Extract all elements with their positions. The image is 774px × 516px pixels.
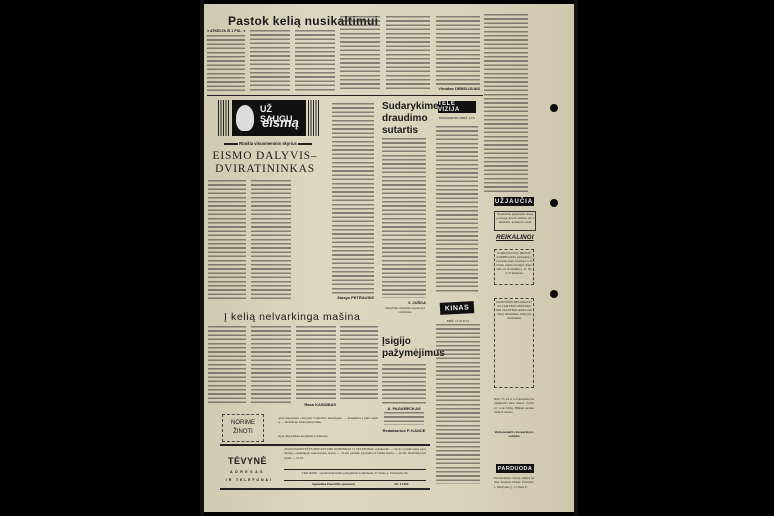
banner-logo-line2: eismą [262,115,299,130]
cyclists-col1 [208,180,246,302]
newspaper-page: Pastok kelią nusikaltimui ● ATKELTA IŠ 1… [204,4,574,512]
traffic-figure-icon [236,105,254,131]
top-article-col6 [436,16,480,86]
tv-day-label: SEKMADIENIS, BIRŽ. 22 D. [438,116,476,120]
masthead-mid-rule [284,469,426,470]
editor-line: Redaktorius P. KANCE [380,428,428,433]
sale-text: Parduodamas dviejų aukštų namas. Kreipti… [494,476,534,492]
masthead-printer: TPAUKMP – spauda Panevėžio poligrafinis … [300,471,410,479]
condolence-logo: UŽJAUČIA [494,197,534,206]
scan-right-edge [574,0,578,516]
masthead-printer-rule [284,480,426,481]
norime-box: NORIME ŽINOTI [222,414,264,442]
license-col [382,364,426,404]
insurance-article-title: Sudarykime draudimo sutartis [382,101,428,137]
masthead-top-rule [220,444,430,446]
cyclists-signature: Stasys PETRAUSIS [332,295,374,300]
insurance-signature: V. JUŠKA [382,300,426,305]
cinema-program [436,324,480,484]
sale-logo: PARDUODA [496,464,534,473]
masthead-phone-label: IR TELEFONAI [226,478,273,482]
punch-hole [550,290,558,298]
top-article-signature: Vitoldas DEBELIS/AIS [436,86,480,91]
masthead-address-label: ADRESAS [230,470,265,474]
insurance-col [382,138,426,298]
car-col4 [340,326,378,401]
banner-subtitle-text: Rūošia visuomeninis skyrius [239,141,297,146]
tv-program [436,126,478,294]
masthead-name: TĖVYNĖ [228,456,267,466]
bottom-right-note: Vadovaujantis kooperatyvo valdyba [494,430,534,438]
reader-note: „Kas nepasiekia „Tėvynės" laikraščio ska… [278,416,378,432]
masthead-issue: Tir. 13.400 [394,482,408,486]
divider [207,95,483,96]
car-signature: Rasa KASIUBAS [296,402,336,407]
car-col3 [296,326,336,401]
license-signature: A. PAGARECKAS [382,406,426,411]
top-article-col2 [250,30,290,91]
cinema-logo: KINAS [440,301,475,315]
car-article-title: Į kelią nelvarkinga mašina [224,311,360,323]
top-article-col5 [386,16,430,91]
cyclists-col3 [332,103,374,294]
cyclists-col2 [251,180,291,302]
top-article-col4 [340,16,380,91]
norime-line1: NORIME [223,419,263,428]
top-article-dateline: ● ATKELTA IŠ 1 PSL. ● [207,29,245,33]
column-banner: UŽ SAUGŲ eismą [218,100,320,136]
cinema-day-label: BIRŽ. 21-22 D. D. [438,319,478,323]
top-article-col3 [295,30,335,91]
license-article-title: Įsigijo pažymėjimus [382,336,430,360]
license-extra [384,412,424,425]
top-article-col1 [207,35,245,91]
needed-box-2: PANEVĖŽIO MELIORACIJOS STATYBOS MONTAVIM… [494,298,534,388]
needed-logo: REIKALINGI [496,234,534,241]
insurance-signature-role: Valstybinio draudimo inspekcijos viršini… [384,306,426,315]
masthead-address-text: 235300 PANEVĖŽYS MSP KETUIRI KOMINKAS 13… [284,447,426,467]
cyclists-article-title: EISMO DALYVIS–DVIRATININKAS [210,150,320,176]
masthead-bottom-rule [220,488,430,490]
bottom-right-text: Birž. 23–24 d. d. Panevėžio Naujamiesčio… [494,397,534,425]
needed-box-1: KOMUNALINIŲ ĮMONIŲ KOMBINATAS gaminame g… [494,249,534,285]
tv-program-col2 [484,14,528,192]
condolence-box: Nuoširdžiai užjaučiame draugą, kolegą dė… [494,211,536,231]
reader-note-footer: Apie jūsų laiškus kreipkitės į redakciją… [278,434,378,440]
masthead-footer: Spausdina Panevėžio spaustuvė [312,482,355,486]
punch-hole [550,104,558,112]
norime-line2: ŽINOTI [223,428,263,437]
banner-subtitle: Rūošia visuomeninis skyrius [212,141,324,146]
punch-hole [550,199,558,207]
tv-logo: TELE VIZIJA [438,101,476,113]
car-col1 [208,326,246,406]
car-col2 [251,326,291,406]
